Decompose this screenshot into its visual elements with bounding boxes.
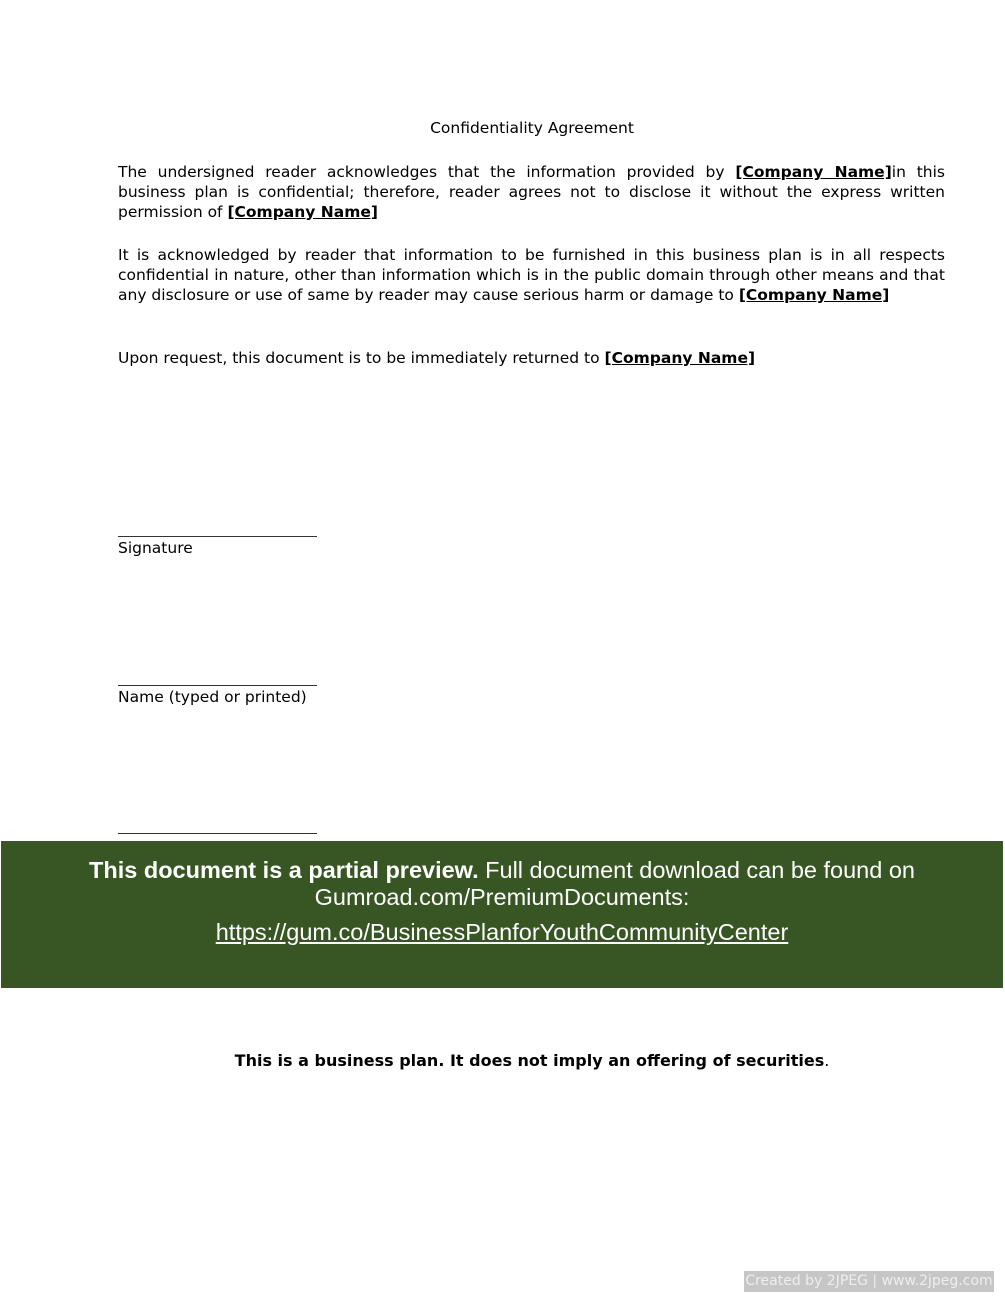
paragraph-acknowledgement: It is acknowledged by reader that inform… xyxy=(118,245,945,305)
disclaimer-text: This is a business plan. It does not imp… xyxy=(235,1051,825,1070)
banner-text: Full document download can be found on xyxy=(479,857,915,883)
watermark: Created by 2JPEG | www.2jpeg.com xyxy=(744,1271,994,1292)
securities-disclaimer: This is a business plan. It does not imp… xyxy=(0,1051,1005,1070)
download-link[interactable]: https://gum.co/BusinessPlanforYouthCommu… xyxy=(216,919,789,946)
paragraph-return: Upon request, this document is to be imm… xyxy=(118,348,945,368)
banner-message: This document is a partial preview. Full… xyxy=(1,857,1003,884)
preview-banner: This document is a partial preview. Full… xyxy=(1,841,1003,988)
company-name-placeholder: [Company Name] xyxy=(227,203,378,221)
banner-bold-text: This document is a partial preview. xyxy=(89,857,479,883)
paragraph-text: Upon request, this document is to be imm… xyxy=(118,349,605,367)
company-name-placeholder: [Company Name] xyxy=(605,349,756,367)
document-title: Confidentiality Agreement xyxy=(0,119,1005,137)
signature-label: Signature xyxy=(118,539,193,557)
paragraph-confidentiality: The undersigned reader acknowledges that… xyxy=(118,162,945,222)
company-name-placeholder: [Company Name] xyxy=(735,163,891,181)
signature-line xyxy=(118,536,317,537)
paragraph-text: The undersigned reader acknowledges that… xyxy=(118,163,735,181)
disclaimer-period: . xyxy=(824,1051,829,1070)
name-label: Name (typed or printed) xyxy=(118,688,307,706)
date-line xyxy=(118,833,317,834)
name-line xyxy=(118,685,317,686)
banner-source: Gumroad.com/PremiumDocuments: xyxy=(1,884,1003,910)
company-name-placeholder: [Company Name] xyxy=(739,286,890,304)
